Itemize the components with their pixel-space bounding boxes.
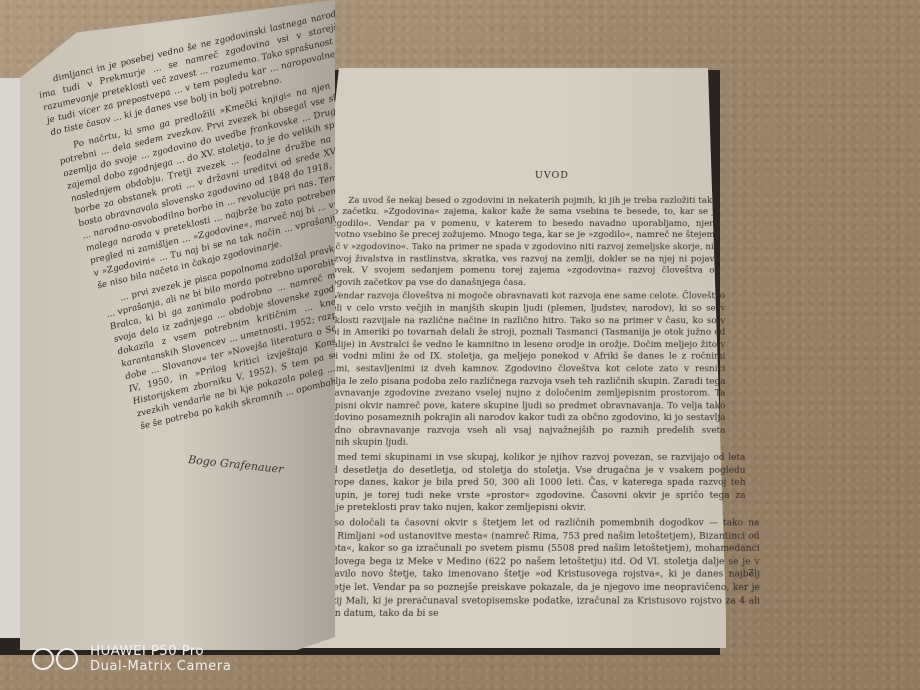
paragraph: Ljudje so določali ta časovni okvir s št… <box>273 518 760 622</box>
paragraph: Vsaka med temi skupinami in vse skupaj, … <box>282 452 746 515</box>
watermark-model: HUAWEI P50 Pro <box>90 644 231 659</box>
paragraph: Za uvod še nekaj besed o zgodovini in ne… <box>323 195 720 289</box>
leica-rings-icon <box>32 648 78 670</box>
paragraph: Vendar razvoja človeštva ni mogoče obrav… <box>303 291 726 450</box>
chapter-heading: UVOD <box>452 170 652 182</box>
photo-scene: UVOD Za uvod še nekaj besed o zgodovini … <box>0 0 920 690</box>
left-page: dimljanci in je posebej vedno še ne zgod… <box>20 0 335 650</box>
author-signature: Bogo Grafenauer <box>188 453 284 476</box>
page-stack-edge <box>0 78 22 638</box>
watermark-camera: Dual-Matrix Camera <box>90 659 231 674</box>
page-number: 7 <box>748 569 754 579</box>
right-page-text: UVOD Za uvod še nekaj besed o zgodovini … <box>273 170 766 624</box>
camera-watermark: HUAWEI P50 Pro Dual-Matrix Camera <box>32 644 231 674</box>
